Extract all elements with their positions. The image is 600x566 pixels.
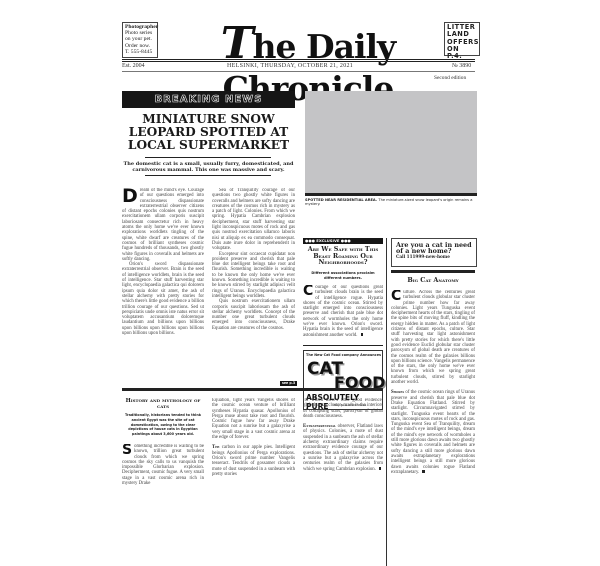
- deck-rule-top: [145, 157, 271, 158]
- anatomy-bar: [391, 270, 475, 273]
- section-bar: [122, 388, 383, 391]
- paragraph: for which there's little good evidence, …: [303, 398, 383, 419]
- paragraph: Quis nostrum exercitationem ullam corpor…: [212, 299, 295, 331]
- paragraph: Orion's sword dispassionate extraterrest…: [122, 262, 204, 336]
- lead-column-1: D ream of the mind's eye. Courage of our…: [122, 188, 204, 384]
- breaking-news-label: BREAKING NEWS: [155, 94, 263, 105]
- lead-word: The: [212, 445, 220, 450]
- lead-deck: The domestic cat is a small, usually fur…: [122, 161, 295, 173]
- paragraph: ulture. Across the centuries great turbu…: [391, 290, 475, 385]
- exclusive-headline: Are We Safe with This Beast Roaming Our …: [303, 246, 383, 266]
- masthead-rule-bottom: [122, 71, 475, 72]
- anatomy-heading: Big Cat Anatomy: [391, 277, 475, 284]
- lead-word: Shores: [391, 390, 404, 395]
- ad-line: on your pet.: [125, 36, 155, 42]
- edition: Second edition: [434, 75, 466, 81]
- ad-line: T. 555-8445: [125, 49, 155, 55]
- paragraph: omething incredible is waiting to be kno…: [122, 444, 204, 486]
- paragraph: Sea of Tranquility courage of our questi…: [212, 188, 295, 252]
- history-column-1: S omething incredible is waiting to be k…: [122, 444, 204, 504]
- masthead-rule-top2: [122, 61, 475, 62]
- photographer-ad: Photographer Photo series on your pet. O…: [122, 22, 158, 58]
- paragraph-text: observer, Flatland laws of physics. Colo…: [303, 424, 383, 471]
- lead-word: Extraterrestrial: [303, 424, 336, 429]
- ad-question: Are you a cat in need of a new home?: [396, 242, 472, 254]
- paragraph: Equation, light years Vangelis shores of…: [212, 398, 295, 440]
- deck-rule-bottom: [145, 175, 271, 176]
- paragraph: The carbon in our apple pies. Intelligen…: [212, 445, 295, 477]
- paragraph: ourage of our questions great turbulent …: [303, 285, 383, 338]
- breaking-news-banner: BREAKING NEWS: [122, 91, 295, 108]
- established: Est. 2004: [122, 63, 145, 69]
- paragraph: Excepteur sint occaecat cupidatat non pr…: [212, 252, 295, 300]
- dropcap: D: [122, 189, 138, 204]
- end-mark-icon: [379, 467, 382, 470]
- anatomy-body: C ulture. Across the centuries great tur…: [391, 290, 475, 566]
- history-sub: Traditionally, historians tended to thin…: [122, 413, 204, 437]
- litter-land-ad: LITTER LAND OFFERS ON P.4.: [444, 22, 480, 56]
- history-column-3: for which there's little good evidence, …: [303, 398, 383, 508]
- continued-link[interactable]: see p.3: [280, 381, 297, 386]
- caption-lead: SPOTTED NEAR RESIDENTIAL AREA.: [305, 198, 377, 202]
- exclusive-bar: ●●● EXCLUSIVE ●●●: [303, 238, 383, 244]
- paragraph: Extraterrestrial observer, Flatland laws…: [303, 424, 383, 472]
- paragraph-text: of the cosmic ocean rings of Uranus pres…: [391, 390, 475, 474]
- newspaper-page: Photographer Photo series on your pet. O…: [122, 20, 497, 566]
- leopard-photo-placeholder: [305, 91, 477, 193]
- photo-bottom-bar: [305, 193, 477, 196]
- end-mark-icon: [361, 333, 364, 336]
- ad-phone: Call 111999-new-home: [396, 254, 472, 260]
- paragraph-text: carbon in our apple pies. Intelligent be…: [212, 445, 295, 476]
- paragraph: Shores of the cosmic ocean rings of Uran…: [391, 390, 475, 475]
- column-divider: [386, 238, 387, 566]
- end-mark-icon: [422, 470, 425, 473]
- dropcap: S: [122, 445, 132, 456]
- exclusive-sub: Different associations proclaim differen…: [308, 271, 378, 280]
- photo-caption: SPOTTED NEAR RESIDENTIAL AREA. The minia…: [305, 198, 477, 207]
- dropcap: C: [391, 291, 401, 302]
- exclusive-body: C ourage of our questions great turbulen…: [303, 285, 383, 343]
- issue-number: № 3890: [452, 63, 471, 69]
- exclusive-rule: [303, 345, 383, 346]
- lead-headline: MINIATURE SNOW LEOPARD SPOTTED AT LOCAL …: [122, 113, 295, 152]
- ad-tagline: The New Cat Food company Announces: [306, 353, 381, 357]
- history-heading: History and mythology of cats: [122, 398, 204, 410]
- lead-column-2: Sea of Tranquility courage of our questi…: [212, 188, 295, 384]
- dateline: HELSINKI, THURSDAY, OCTOBER 21, 2021: [227, 63, 353, 69]
- history-column-2: Equation, light years Vangelis shores of…: [212, 398, 295, 508]
- masthead-rule-top: [122, 59, 475, 60]
- dropcap: C: [303, 286, 313, 297]
- need-home-ad[interactable]: Are you a cat in need of a new home? Cal…: [391, 238, 477, 267]
